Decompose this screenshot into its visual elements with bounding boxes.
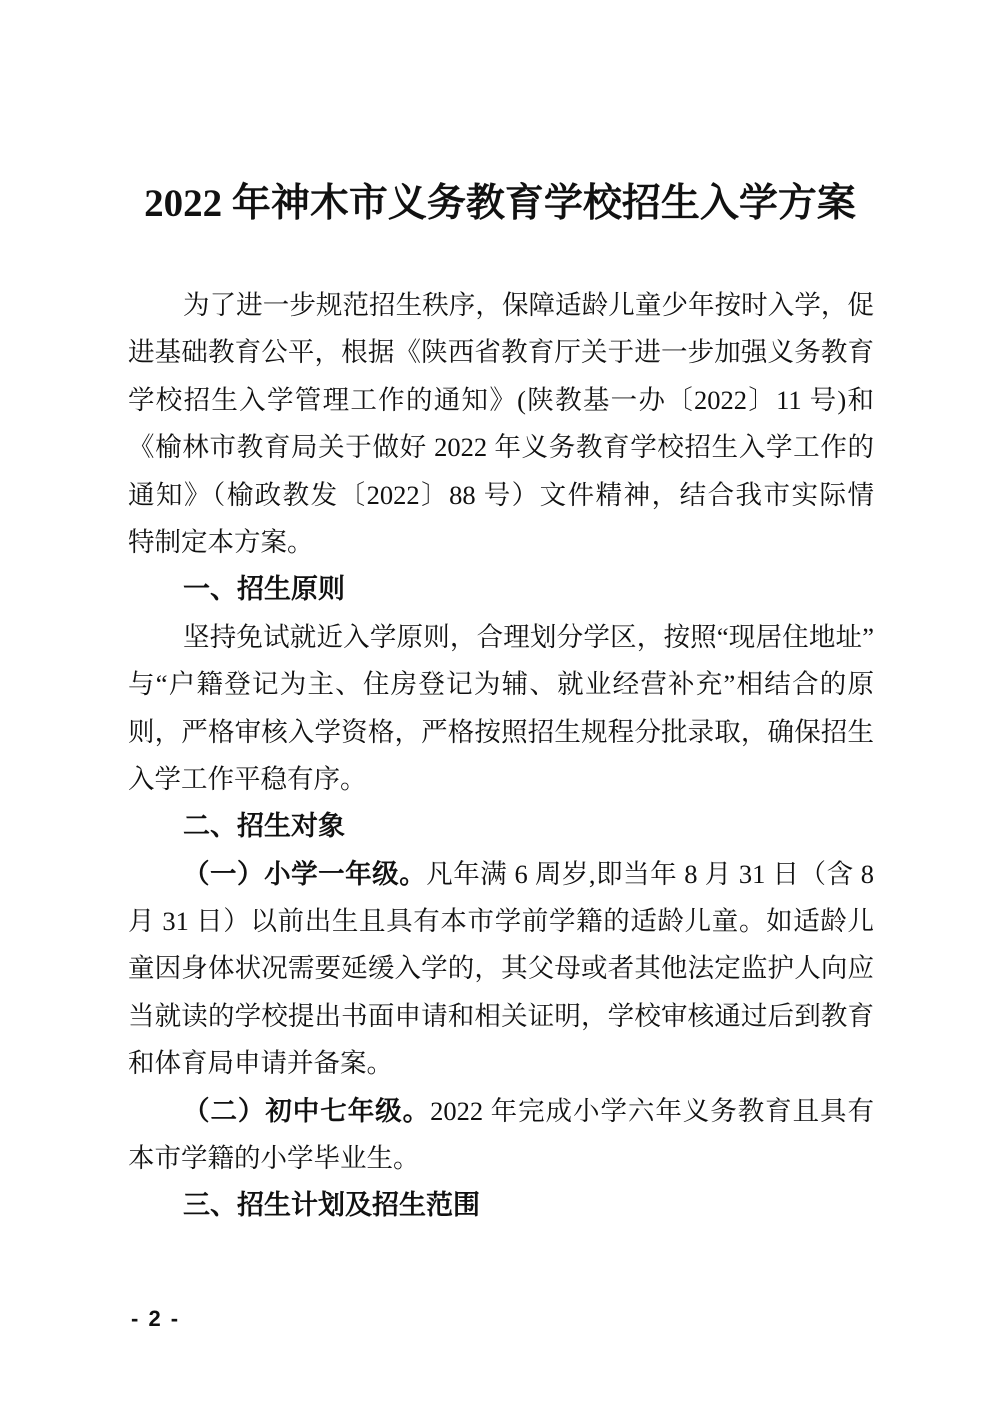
text-line: 进基础教育公平，根据《陕西省教育厅关于进一步加强义务教育 bbox=[128, 329, 874, 376]
text-line: 本市学籍的小学毕业生。 bbox=[128, 1135, 874, 1182]
text-line: 《榆林市教育局关于做好 2022 年义务教育学校招生入学工作的 bbox=[128, 424, 874, 471]
text-line: 为了进一步规范招生秩序，保障适龄儿童少年按时入学，促 bbox=[128, 282, 874, 329]
body-text: 学校招生入学管理工作的通知》(陕教基一办〔2022〕11 号)和 bbox=[128, 385, 874, 415]
body-text: 童因身体状况需要延缓入学的，其父母或者其他法定监护人向应 bbox=[128, 953, 874, 983]
text-line: （二）初中七年级。2022 年完成小学六年义务教育且具有 bbox=[128, 1088, 874, 1135]
text-line: 特制定本方案。 bbox=[128, 519, 874, 566]
text-line: 学校招生入学管理工作的通知》(陕教基一办〔2022〕11 号)和 bbox=[128, 377, 874, 424]
body-text: 通知》（榆政教发〔2022〕88 号）文件精神，结合我市实际情况， bbox=[128, 480, 874, 519]
body-text: 入学工作平稳有序。 bbox=[128, 764, 367, 794]
paragraph: （一）小学一年级。凡年满 6 周岁,即当年 8 月 31 日（含 8月 31 日… bbox=[128, 851, 874, 1088]
body-text: 月 31 日）以前出生且具有本市学前学籍的适龄儿童。如适龄儿 bbox=[128, 906, 874, 936]
emphasis-text: （一）小学一年级。 bbox=[183, 859, 426, 889]
text-line: 当就读的学校提出书面申请和相关证明，学校审核通过后到教育 bbox=[128, 993, 874, 1040]
document-title: 2022 年神木市义务教育学校招生入学方案 bbox=[0, 172, 1000, 228]
text-line: 和体育局申请并备案。 bbox=[128, 1040, 874, 1087]
paragraph: （二）初中七年级。2022 年完成小学六年义务教育且具有本市学籍的小学毕业生。 bbox=[128, 1088, 874, 1183]
body-text: 当就读的学校提出书面申请和相关证明，学校审核通过后到教育 bbox=[128, 1001, 874, 1031]
text-line: 与“户籍登记为主、住房登记为辅、就业经营补充”相结合的原 bbox=[128, 661, 874, 708]
body-text: 《榆林市教育局关于做好 2022 年义务教育学校招生入学工作的 bbox=[128, 432, 874, 462]
text-line: 入学工作平稳有序。 bbox=[128, 756, 874, 803]
paragraph: 坚持免试就近入学原则，合理划分学区，按照“现居住地址”与“户籍登记为主、住房登记… bbox=[128, 614, 874, 804]
body-text: 坚持免试就近入学原则，合理划分学区，按照“现居住地址” bbox=[183, 622, 874, 652]
section-heading: 三、招生计划及招生范围 bbox=[128, 1182, 874, 1229]
body-text: 与“户籍登记为主、住房登记为辅、就业经营补充”相结合的原 bbox=[128, 669, 874, 699]
body-text: 特制定本方案。 bbox=[128, 527, 314, 557]
text-line: 童因身体状况需要延缓入学的，其父母或者其他法定监护人向应 bbox=[128, 945, 874, 992]
paragraph: 为了进一步规范招生秩序，保障适龄儿童少年按时入学，促进基础教育公平，根据《陕西省… bbox=[128, 282, 874, 566]
page-number: - 2 - bbox=[131, 1306, 180, 1332]
section-heading: 一、招生原则 bbox=[128, 566, 874, 613]
body-text: 本市学籍的小学毕业生。 bbox=[128, 1143, 420, 1173]
body-text: 2022 年完成小学六年义务教育且具有 bbox=[430, 1096, 874, 1126]
text-line: 月 31 日）以前出生且具有本市学前学籍的适龄儿童。如适龄儿 bbox=[128, 898, 874, 945]
document-body: 为了进一步规范招生秩序，保障适龄儿童少年按时入学，促进基础教育公平，根据《陕西省… bbox=[128, 282, 874, 1230]
body-text: 为了进一步规范招生秩序，保障适龄儿童少年按时入学，促 bbox=[183, 290, 874, 320]
text-line: （一）小学一年级。凡年满 6 周岁,即当年 8 月 31 日（含 8 bbox=[128, 851, 874, 898]
section-heading: 二、招生对象 bbox=[128, 803, 874, 850]
text-line: 通知》（榆政教发〔2022〕88 号）文件精神，结合我市实际情况， bbox=[128, 472, 874, 519]
document-page: 2022 年神木市义务教育学校招生入学方案 为了进一步规范招生秩序，保障适龄儿童… bbox=[0, 0, 1000, 1414]
body-text: 进基础教育公平，根据《陕西省教育厅关于进一步加强义务教育 bbox=[128, 337, 874, 367]
body-text: 则，严格审核入学资格，严格按照招生规程分批录取，确保招生 bbox=[128, 717, 874, 747]
body-text: 和体育局申请并备案。 bbox=[128, 1048, 393, 1078]
emphasis-text: （二）初中七年级。 bbox=[183, 1096, 430, 1126]
body-text: 凡年满 6 周岁,即当年 8 月 31 日（含 8 bbox=[426, 859, 874, 889]
text-line: 坚持免试就近入学原则，合理划分学区，按照“现居住地址” bbox=[128, 614, 874, 661]
text-line: 则，严格审核入学资格，严格按照招生规程分批录取，确保招生 bbox=[128, 709, 874, 756]
